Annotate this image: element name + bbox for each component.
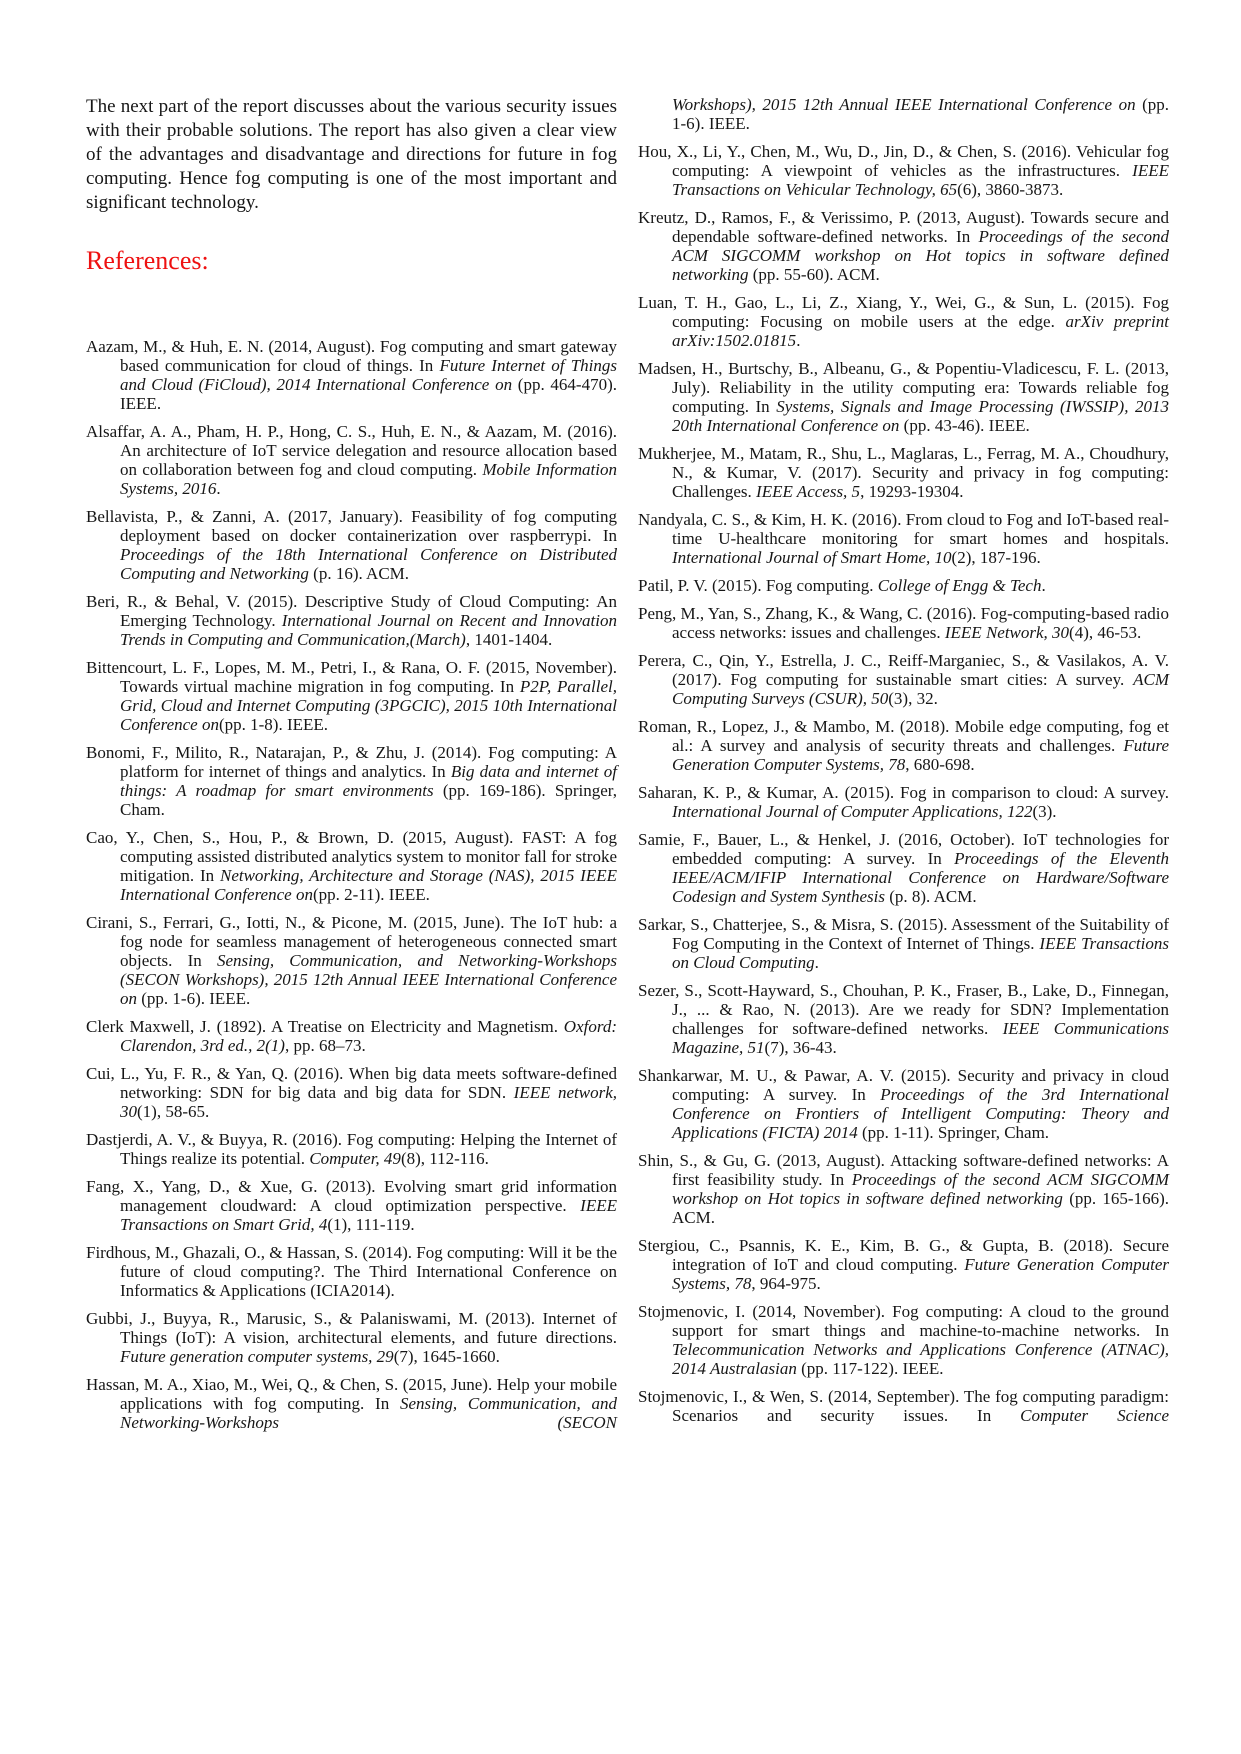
- document-page: The next part of the report discusses ab…: [0, 0, 1241, 1754]
- reference-entry: Bellavista, P., & Zanni, A. (2017, Janua…: [86, 507, 617, 583]
- references-list-right: Workshops), 2015 12th Annual IEEE Intern…: [638, 95, 1169, 1425]
- reference-entry: Shin, S., & Gu, G. (2013, August). Attac…: [638, 1151, 1169, 1227]
- reference-entry: Kreutz, D., Ramos, F., & Verissimo, P. (…: [638, 208, 1169, 284]
- reference-entry: Roman, R., Lopez, J., & Mambo, M. (2018)…: [638, 717, 1169, 774]
- reference-entry: Workshops), 2015 12th Annual IEEE Intern…: [638, 95, 1169, 133]
- reference-entry: Cirani, S., Ferrari, G., Iotti, N., & Pi…: [86, 913, 617, 1008]
- reference-entry: Shankarwar, M. U., & Pawar, A. V. (2015)…: [638, 1066, 1169, 1142]
- reference-entry: Sarkar, S., Chatterjee, S., & Misra, S. …: [638, 915, 1169, 972]
- reference-entry: Aazam, M., & Huh, E. N. (2014, August). …: [86, 337, 617, 413]
- reference-entry: Samie, F., Bauer, L., & Henkel, J. (2016…: [638, 830, 1169, 906]
- reference-entry: Alsaffar, A. A., Pham, H. P., Hong, C. S…: [86, 422, 617, 498]
- reference-entry: Bittencourt, L. F., Lopes, M. M., Petri,…: [86, 658, 617, 734]
- reference-entry: Hassan, M. A., Xiao, M., Wei, Q., & Chen…: [86, 1375, 617, 1432]
- reference-entry: Firdhous, M., Ghazali, O., & Hassan, S. …: [86, 1243, 617, 1300]
- reference-entry: Clerk Maxwell, J. (1892). A Treatise on …: [86, 1017, 617, 1055]
- reference-entry: Beri, R., & Behal, V. (2015). Descriptiv…: [86, 592, 617, 649]
- right-column: Workshops), 2015 12th Annual IEEE Intern…: [638, 95, 1169, 1714]
- reference-entry: Mukherjee, M., Matam, R., Shu, L., Magla…: [638, 444, 1169, 501]
- reference-entry: Stergiou, C., Psannis, K. E., Kim, B. G.…: [638, 1236, 1169, 1293]
- reference-entry: Patil, P. V. (2015). Fog computing. Coll…: [638, 576, 1169, 595]
- references-list-left: Aazam, M., & Huh, E. N. (2014, August). …: [86, 337, 617, 1432]
- reference-entry: Saharan, K. P., & Kumar, A. (2015). Fog …: [638, 783, 1169, 821]
- reference-entry: Nandyala, C. S., & Kim, H. K. (2016). Fr…: [638, 510, 1169, 567]
- left-column: The next part of the report discusses ab…: [86, 95, 617, 1714]
- reference-entry: Fang, X., Yang, D., & Xue, G. (2013). Ev…: [86, 1177, 617, 1234]
- reference-entry: Peng, M., Yan, S., Zhang, K., & Wang, C.…: [638, 604, 1169, 642]
- references-heading: References:: [86, 245, 617, 277]
- reference-entry: Perera, C., Qin, Y., Estrella, J. C., Re…: [638, 651, 1169, 708]
- intro-paragraph: The next part of the report discusses ab…: [86, 95, 617, 215]
- reference-entry: Cui, L., Yu, F. R., & Yan, Q. (2016). Wh…: [86, 1064, 617, 1121]
- reference-entry: Sezer, S., Scott-Hayward, S., Chouhan, P…: [638, 981, 1169, 1057]
- reference-entry: Stojmenovic, I., & Wen, S. (2014, Septem…: [638, 1387, 1169, 1425]
- reference-entry: Hou, X., Li, Y., Chen, M., Wu, D., Jin, …: [638, 142, 1169, 199]
- reference-entry: Gubbi, J., Buyya, R., Marusic, S., & Pal…: [86, 1309, 617, 1366]
- reference-entry: Cao, Y., Chen, S., Hou, P., & Brown, D. …: [86, 828, 617, 904]
- reference-entry: Stojmenovic, I. (2014, November). Fog co…: [638, 1302, 1169, 1378]
- reference-entry: Madsen, H., Burtschy, B., Albeanu, G., &…: [638, 359, 1169, 435]
- reference-entry: Bonomi, F., Milito, R., Natarajan, P., &…: [86, 743, 617, 819]
- reference-entry: Luan, T. H., Gao, L., Li, Z., Xiang, Y.,…: [638, 293, 1169, 350]
- reference-entry: Dastjerdi, A. V., & Buyya, R. (2016). Fo…: [86, 1130, 617, 1168]
